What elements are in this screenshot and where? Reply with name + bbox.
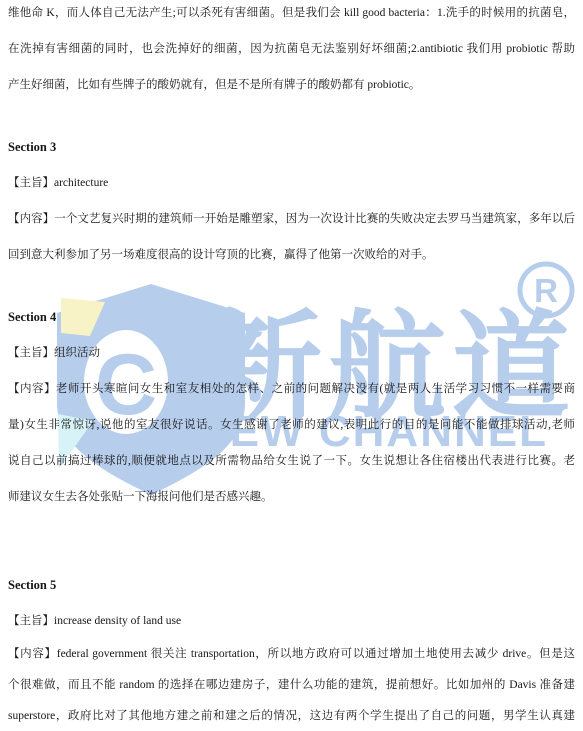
section-5-heading: Section 5 [8, 567, 575, 603]
section-3: Section 3【主旨】architecture【内容】一个文艺复兴时期的建筑… [8, 129, 575, 273]
intro-line: 产生好细菌，比如有些牌子的酸奶就有，但是不是所有牌子的酸奶都有 probioti… [8, 67, 575, 103]
section-5: Section 5【主旨】increase density of land us… [8, 567, 575, 731]
document-text: 维他命 K，而人体自己无法产生;可以杀死有害细菌。但是我们会 kill good… [0, 0, 583, 731]
section-4-content-line: 师建议女生去各处张贴一下海报问他们是否感兴趣。 [8, 479, 575, 515]
document-page: C 新航道 NEW CHANNEL R 维他命 K，而人体自己无法产生;可以杀死… [0, 0, 583, 731]
section-5-content-line: 个很难做，而且不能 random 的选择在哪边建房子，建什么功能的建筑，提前想好… [8, 670, 575, 701]
section-4-content-line: 量)女生非常惊讶,说他的室友很好说话。女生感谢了老师的建议,表明此行的目的是问能… [8, 407, 575, 443]
section-4-topic: 【主旨】组织活动 [8, 335, 575, 371]
section-4-content-line: 【内容】老师开头寒暄问女生和室友相处的怎样、之前的问题解决没有(就是两人生活学习… [8, 371, 575, 407]
section-5-content-line: superstore，政府比对了其他地方建之前和建之后的情况，这边有两个学生提出… [8, 701, 575, 731]
section-4: Section 4【主旨】组织活动【内容】老师开头寒暄问女生和室友相处的怎样、之… [8, 299, 575, 515]
section-4-content-line: 说自己以前搞过棒球的,顺便就地点以及所需物品给女生说了一下。女生说想让各住宿楼出… [8, 443, 575, 479]
intro-line: 维他命 K，而人体自己无法产生;可以杀死有害细菌。但是我们会 kill good… [8, 0, 575, 31]
intro-line: 在洗掉有害细菌的同时，也会洗掉好的细菌，因为抗菌皂无法鉴别好坏细菌;2.anti… [8, 31, 575, 67]
section-4-heading: Section 4 [8, 299, 575, 335]
section-3-content-line: 回到意大利参加了另一场难度很高的设计穹顶的比赛，赢得了他第一次败给的对手。 [8, 237, 575, 273]
intro-paragraph: 维他命 K，而人体自己无法产生;可以杀死有害细菌。但是我们会 kill good… [8, 0, 575, 103]
section-3-topic: 【主旨】architecture [8, 165, 575, 201]
section-3-heading: Section 3 [8, 129, 575, 165]
section-5-content-line: 【内容】federal government 很关注 transportatio… [8, 639, 575, 670]
section-5-topic: 【主旨】increase density of land use [8, 603, 575, 639]
section-3-content-line: 【内容】一个文艺复兴时期的建筑师一开始是雕塑家，因为一次设计比赛的失败决定去罗马… [8, 201, 575, 237]
